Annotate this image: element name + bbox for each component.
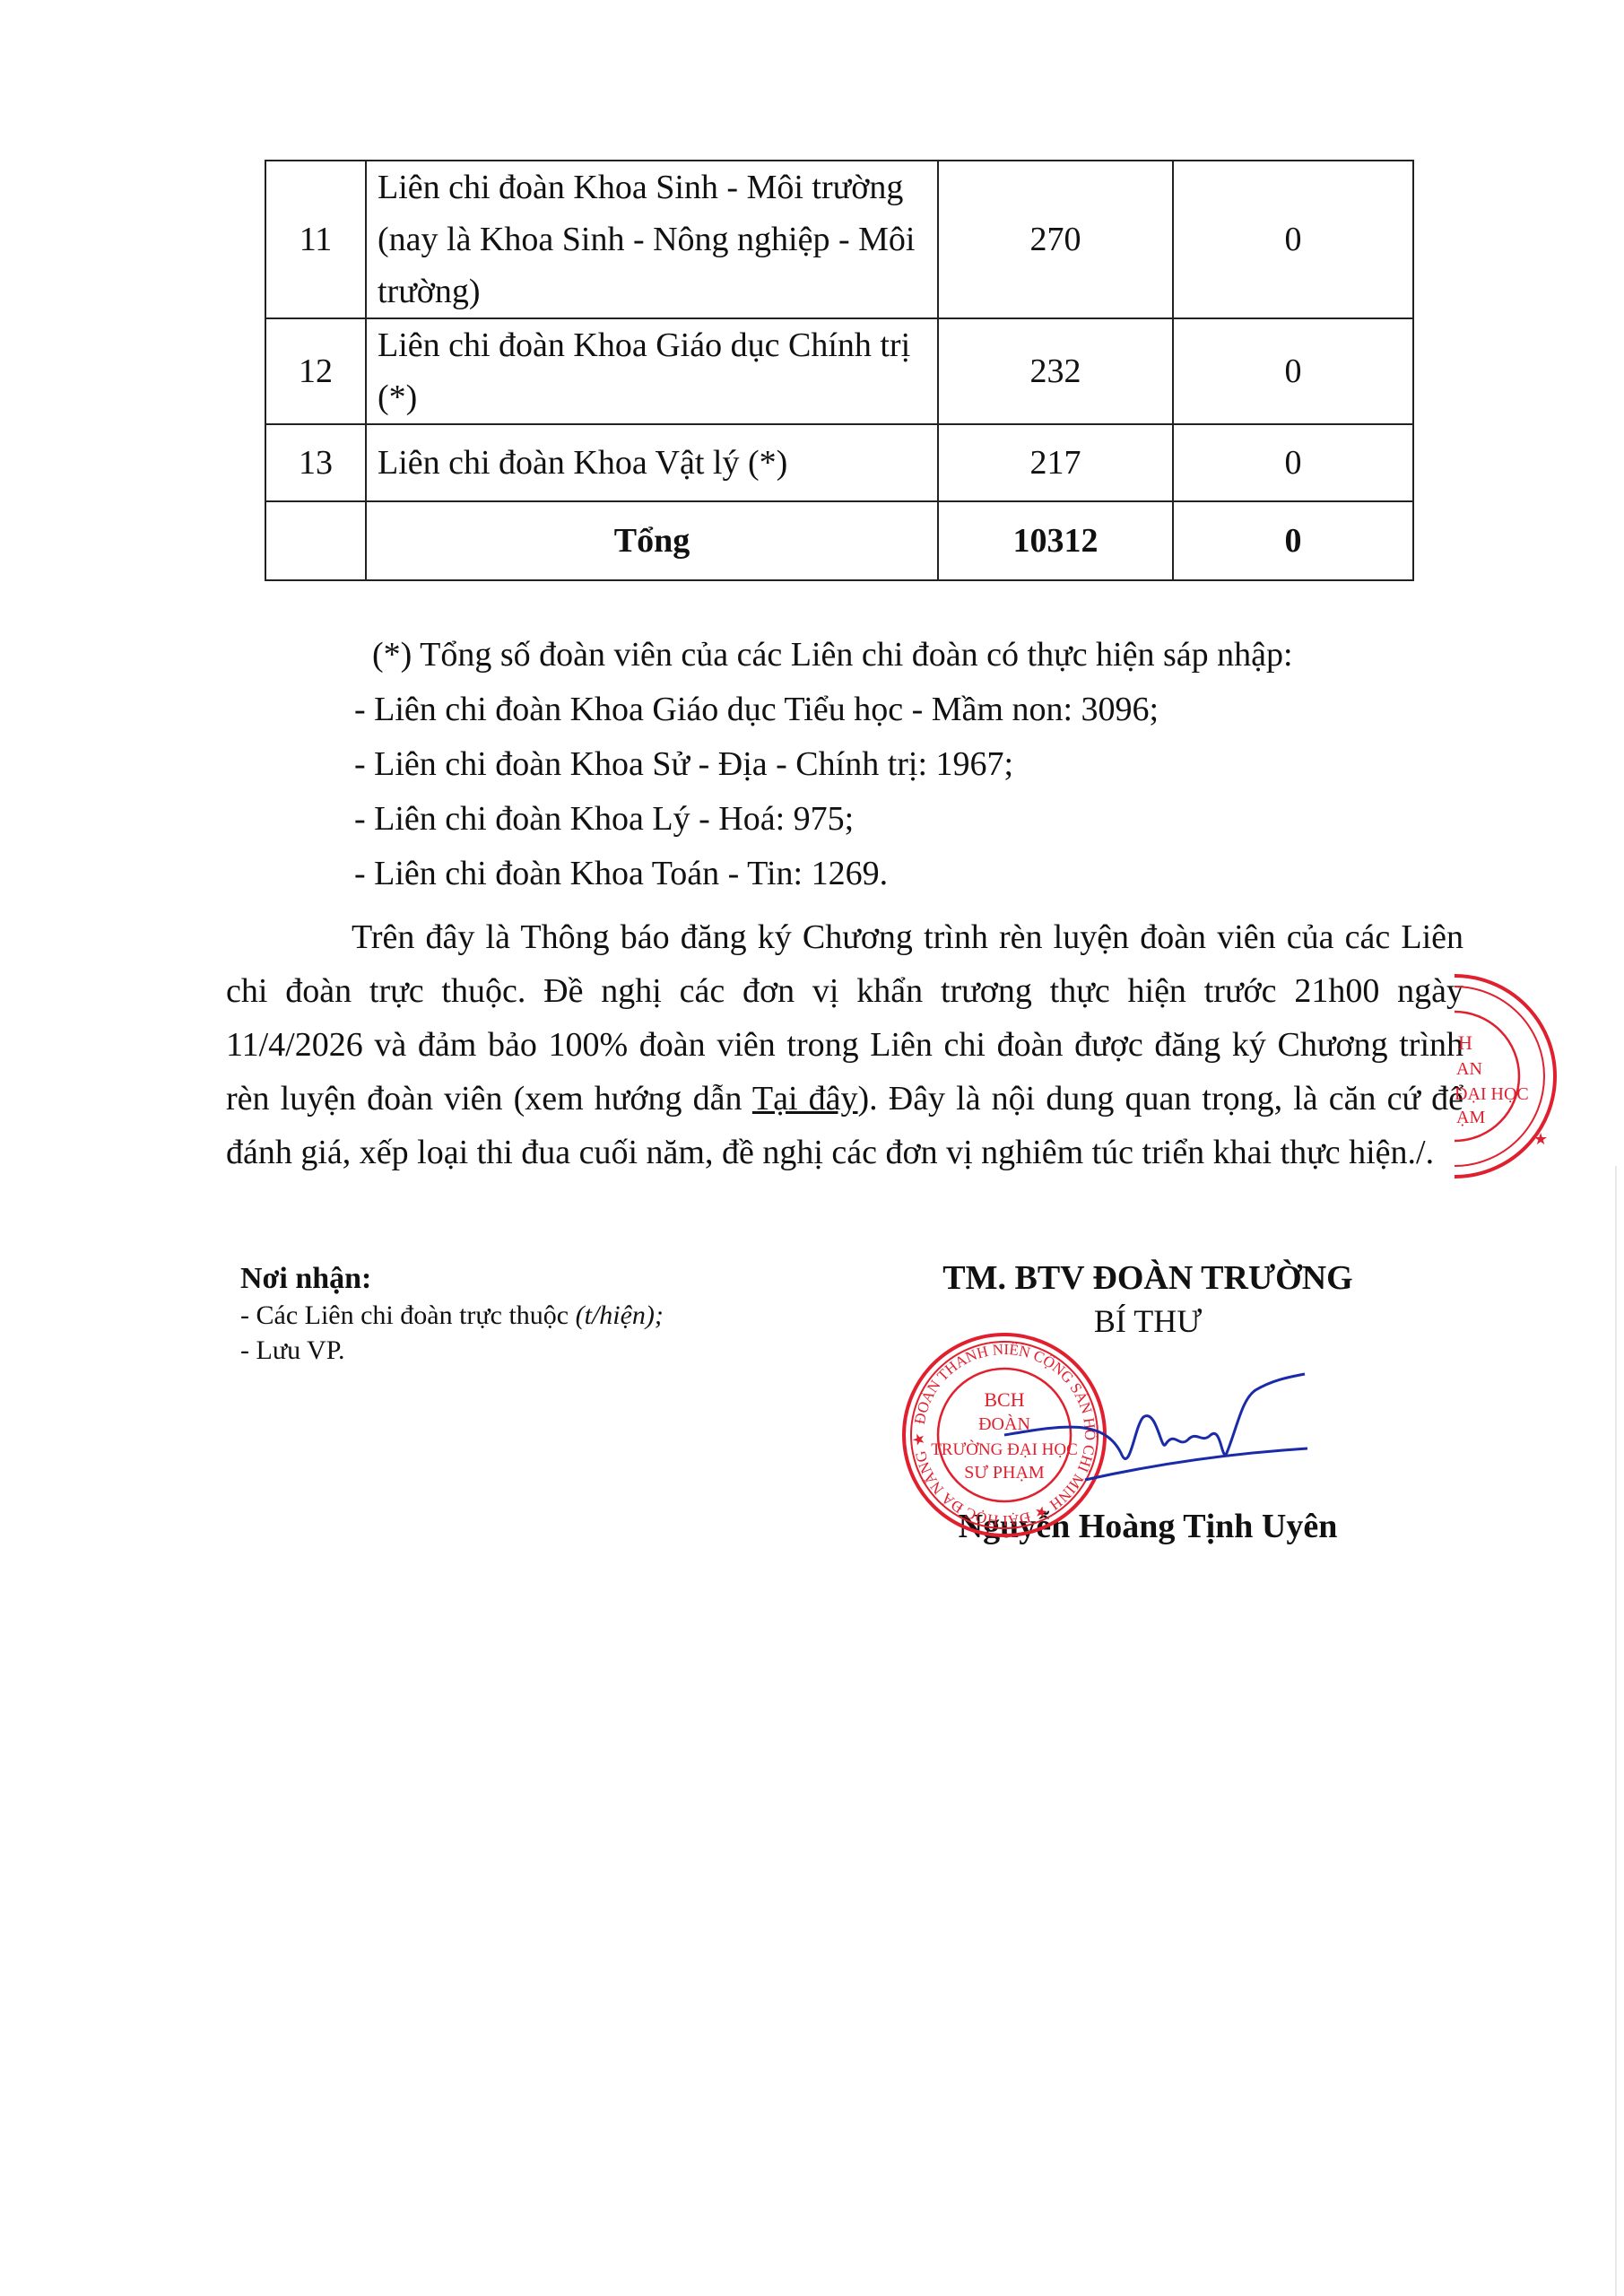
table-row: 11 Liên chi đoàn Khoa Sinh - Môi trường …	[265, 161, 1413, 318]
total-registered: 0	[1173, 501, 1413, 580]
svg-text:H: H	[1458, 1031, 1472, 1054]
partial-stamp-icon: H AN ĐẠI HỌC ẠM ★	[1455, 969, 1562, 1184]
document-page: 11 Liên chi đoàn Khoa Sinh - Môi trường …	[0, 0, 1624, 2296]
total-count: 10312	[938, 501, 1173, 580]
row-number: 12	[265, 318, 366, 424]
notes-intro: (*) Tổng số đoàn viên của các Liên chi đ…	[354, 628, 1293, 683]
handwritten-signature-icon	[986, 1363, 1309, 1498]
svg-text:ĐẠI HỌC: ĐẠI HỌC	[1455, 1084, 1529, 1104]
row-number: 11	[265, 161, 366, 318]
recipients-block: Nơi nhận: - Các Liên chi đoàn trực thuộc…	[240, 1260, 664, 1368]
svg-text:★: ★	[1533, 1130, 1548, 1148]
note-item: - Liên chi đoàn Khoa Toán - Tin: 1269.	[354, 847, 1293, 901]
unit-name: Liên chi đoàn Khoa Vật lý (*)	[366, 424, 938, 501]
svg-text:ẠM: ẠM	[1456, 1108, 1485, 1127]
registered-count: 0	[1173, 318, 1413, 424]
closing-paragraph: Trên đây là Thông báo đăng ký Chương trì…	[226, 910, 1463, 1179]
recipient-note: (t/hiện);	[576, 1300, 664, 1330]
note-item: - Liên chi đoàn Khoa Sử - Địa - Chính tr…	[354, 737, 1293, 792]
unit-name: Liên chi đoàn Khoa Sinh - Môi trường (na…	[366, 161, 938, 318]
total-empty-cell	[265, 501, 366, 580]
registered-count: 0	[1173, 424, 1413, 501]
total-label: Tổng	[366, 501, 938, 580]
table-row: 12 Liên chi đoàn Khoa Giáo dục Chính trị…	[265, 318, 1413, 424]
member-count: 270	[938, 161, 1173, 318]
svg-text:AN: AN	[1456, 1059, 1482, 1079]
note-item: - Liên chi đoàn Khoa Lý - Hoá: 975;	[354, 792, 1293, 847]
recipient-item: - Lưu VP.	[240, 1333, 664, 1368]
signer-organization: TM. BTV ĐOÀN TRƯỜNG	[906, 1256, 1390, 1300]
table-total-row: Tổng 10312 0	[265, 501, 1413, 580]
members-table: 11 Liên chi đoàn Khoa Sinh - Môi trường …	[265, 160, 1414, 581]
unit-name: Liên chi đoàn Khoa Giáo dục Chính trị (*…	[366, 318, 938, 424]
merge-notes: (*) Tổng số đoàn viên của các Liên chi đ…	[354, 628, 1293, 901]
recipients-heading: Nơi nhận:	[240, 1260, 664, 1298]
page-edge	[1615, 1166, 1617, 2296]
row-number: 13	[265, 424, 366, 501]
member-count: 217	[938, 424, 1173, 501]
registered-count: 0	[1173, 161, 1413, 318]
table-row: 13 Liên chi đoàn Khoa Vật lý (*) 217 0	[265, 424, 1413, 501]
note-item: - Liên chi đoàn Khoa Giáo dục Tiểu học -…	[354, 683, 1293, 737]
guide-link[interactable]: Tại đây	[752, 1080, 858, 1118]
recipient-item: - Các Liên chi đoàn trực thuộc (t/hiện);	[240, 1298, 664, 1333]
member-count: 232	[938, 318, 1173, 424]
